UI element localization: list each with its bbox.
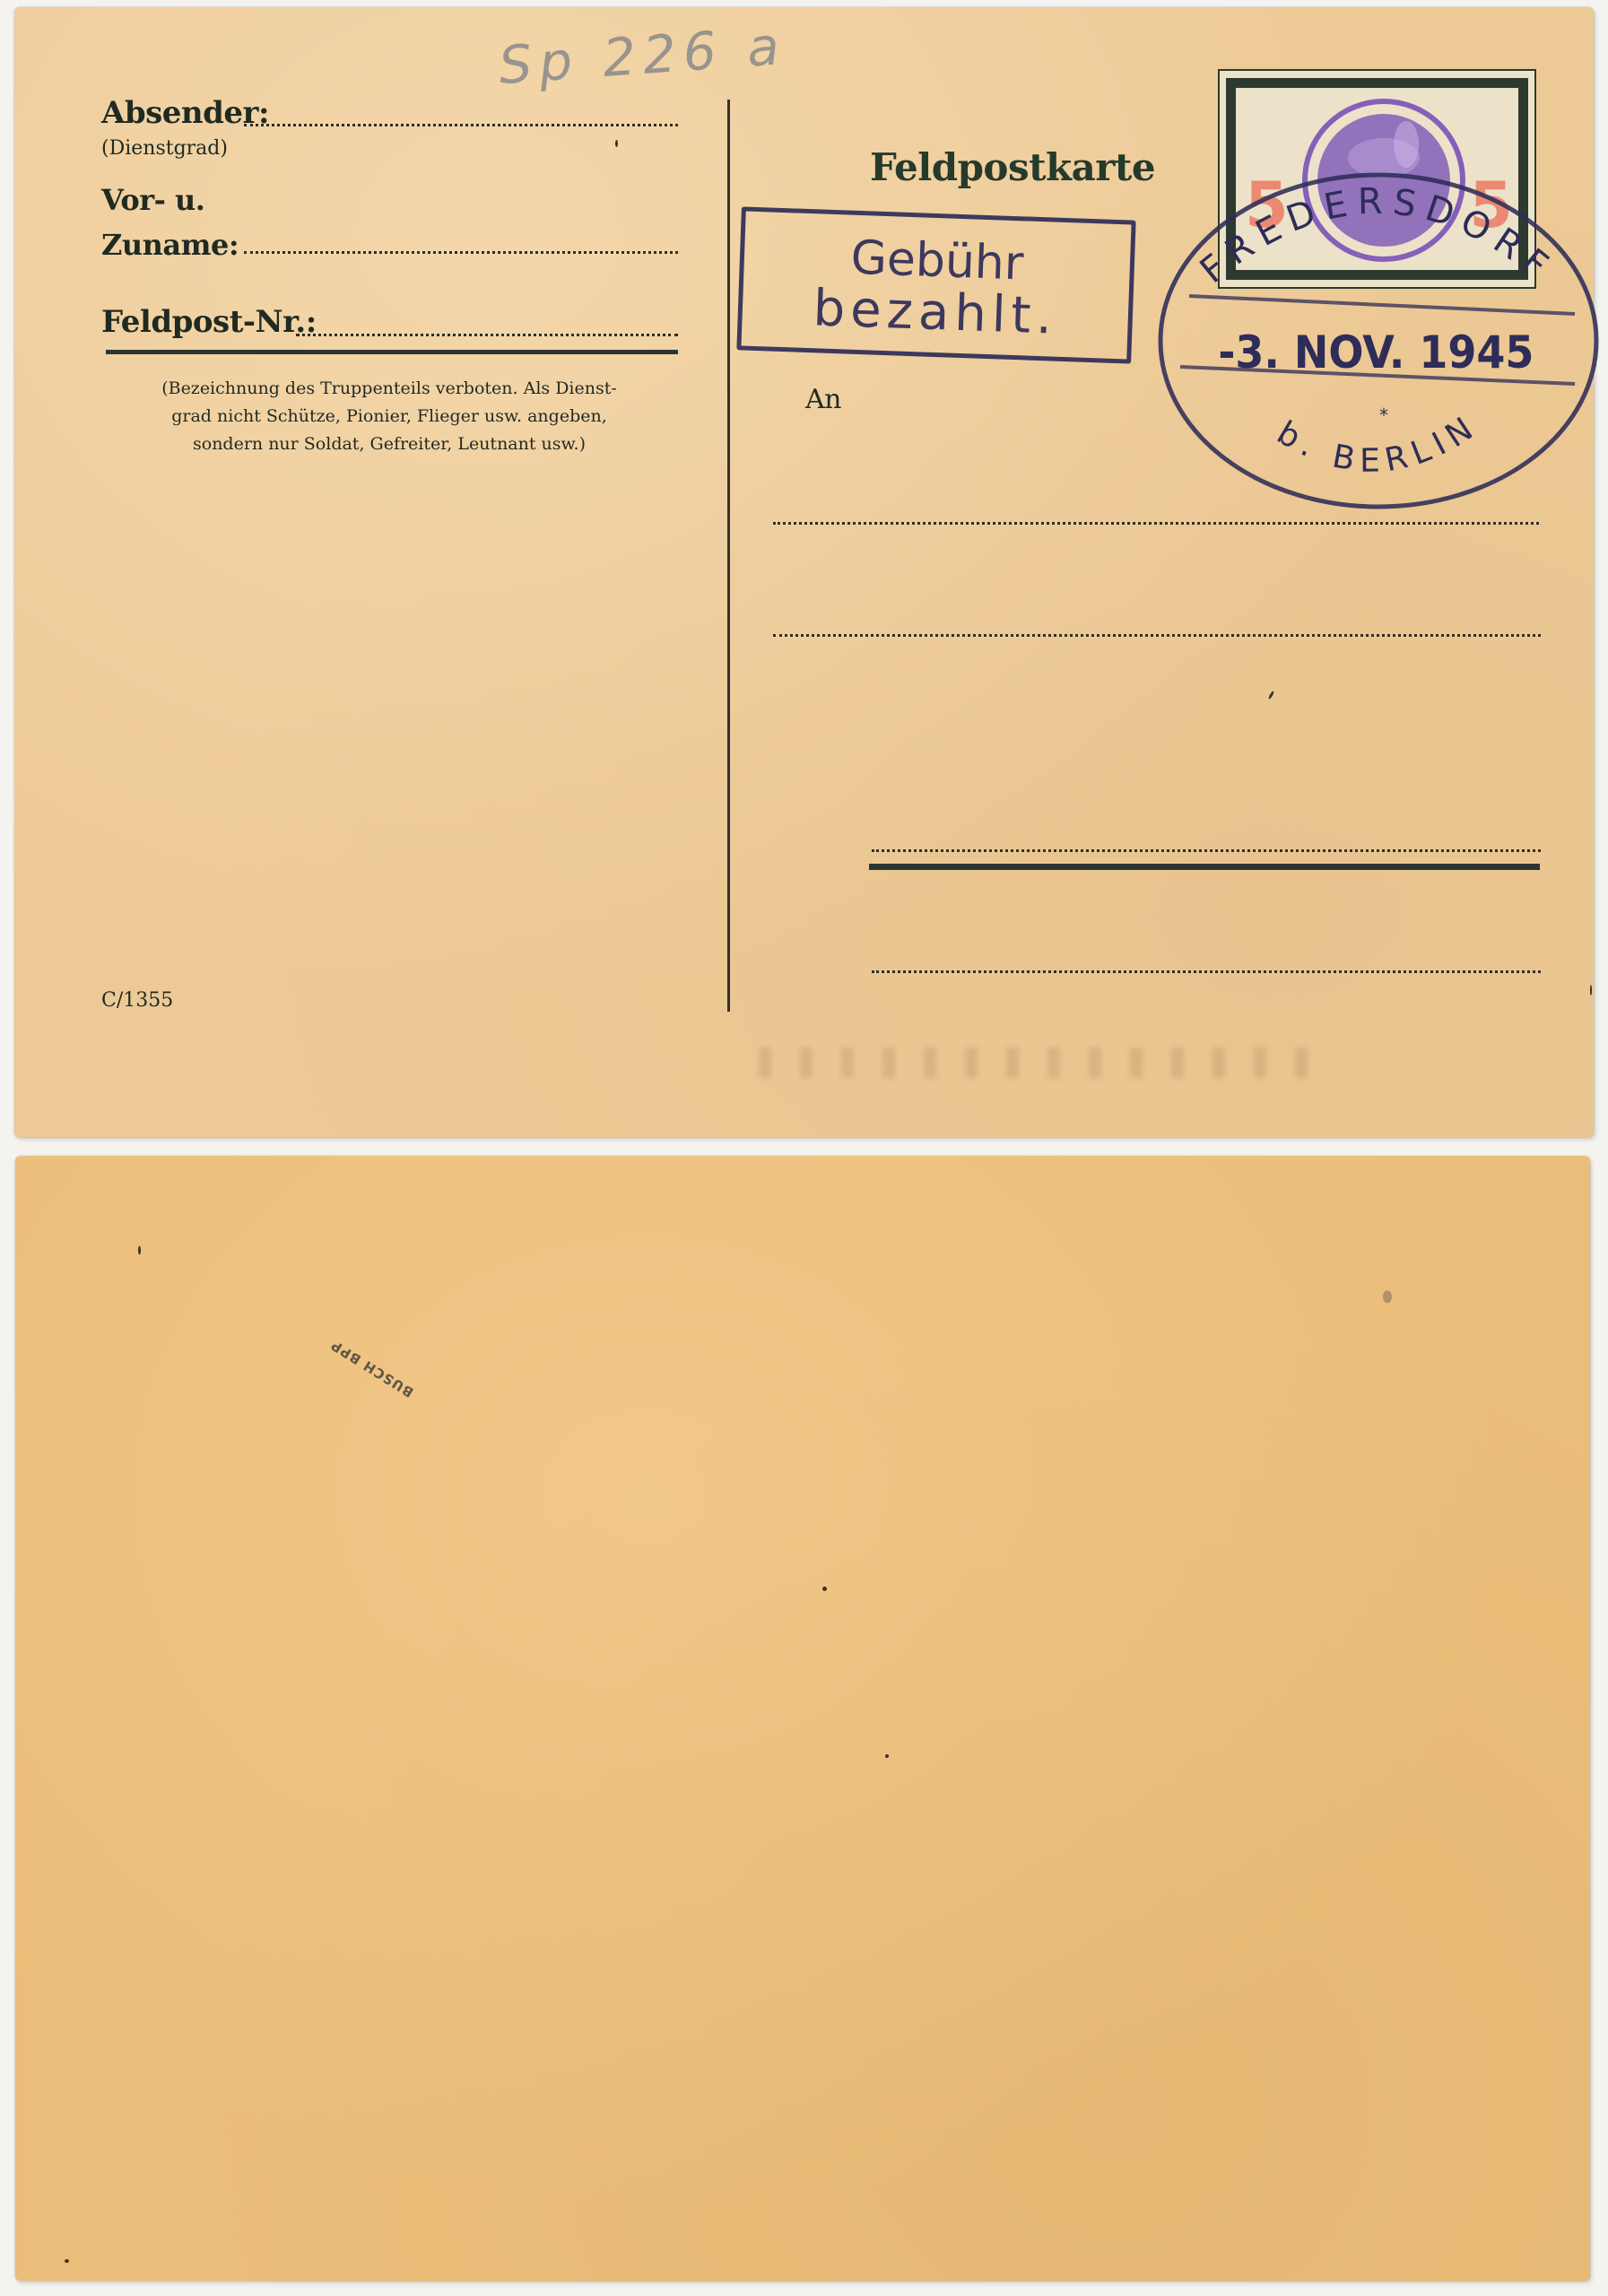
- sender-divider-rule: [106, 350, 678, 354]
- paper-speck: [615, 140, 618, 147]
- feldpost-nr-label: Feldpost-Nr.:: [101, 304, 317, 340]
- note-line: grad nicht Schütze, Pionier, Flieger usw…: [101, 403, 677, 430]
- postmark-town: FREDERSDORF: [1193, 181, 1562, 291]
- vertical-divider: [727, 100, 730, 1012]
- postcard-back: BUSCH BPP: [15, 1156, 1590, 2281]
- address-line-2: [773, 634, 1541, 637]
- postmark-date: -3. NOV. 1945: [1218, 326, 1534, 378]
- address-label: An: [805, 384, 841, 415]
- rank-instructions-note: (Bezeichnung des Truppenteils verboten. …: [101, 375, 677, 458]
- fee-paid-cachet: Gebühr bezahlt.: [736, 206, 1135, 363]
- feldpost-nr-line: [296, 334, 678, 336]
- expert-signature-mark: BUSCH BPP: [327, 1336, 416, 1400]
- postmark-star: *: [1379, 404, 1388, 426]
- form-number: C/1355: [101, 989, 173, 1012]
- dienstgrad-label: (Dienstgrad): [101, 137, 228, 160]
- note-line: sondern nur Soldat, Gefreiter, Leutnant …: [101, 430, 677, 458]
- pencil-catalog-note: Sp 226 a: [497, 15, 788, 96]
- paper-speck: [822, 1587, 827, 1591]
- paper-speck: [138, 1246, 141, 1255]
- address-line-4: [872, 970, 1541, 973]
- vor-label: Vor- u.: [101, 183, 204, 217]
- postcard-front: Sp 226 a Absender: (Dienstgrad) Vor- u. …: [14, 7, 1594, 1137]
- address-thick-rule: [869, 864, 1540, 870]
- paper-speck: [1590, 985, 1592, 996]
- paper-speck: [1268, 691, 1275, 700]
- absender-line: [244, 124, 678, 126]
- postmark-text: FREDERSDORF -3. NOV. 1945 * b. BERLIN: [1153, 160, 1602, 518]
- card-title: Feldpostkarte: [870, 145, 1155, 189]
- postmark-district: b. BERLIN: [1271, 407, 1486, 480]
- paper-speck: [885, 1754, 889, 1758]
- offset-smudge: [759, 1048, 1315, 1078]
- zuname-label: Zuname:: [101, 228, 239, 262]
- note-line: (Bezeichnung des Truppenteils verboten. …: [101, 375, 677, 403]
- zuname-line: [244, 251, 678, 254]
- address-line-1: [773, 522, 1539, 525]
- paper-speck: [65, 2259, 69, 2263]
- address-line-3: [872, 849, 1541, 852]
- pencil-smudge: [1383, 1291, 1392, 1303]
